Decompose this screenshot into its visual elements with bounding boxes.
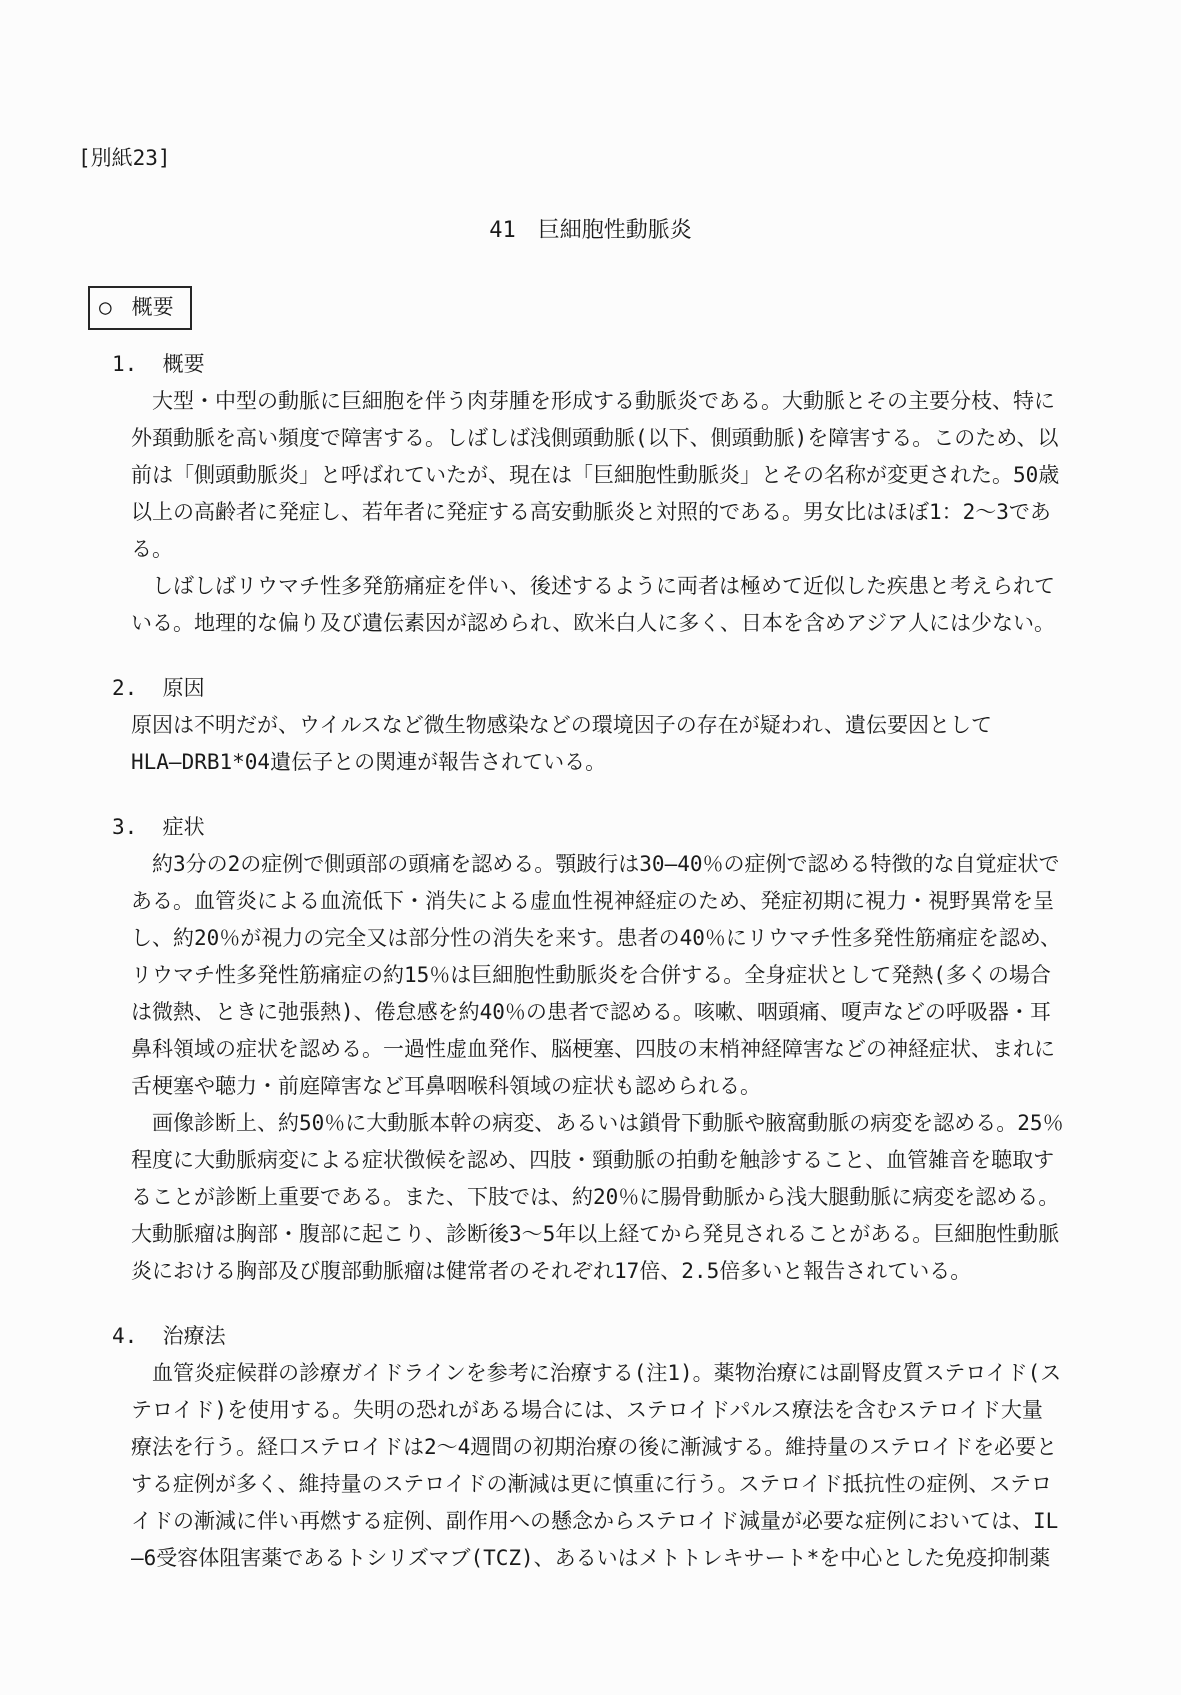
section-heading-treatment: 4. 治療法 bbox=[0, 1318, 1181, 1355]
paragraph: 約3分の2の症例で側頭部の頭痛を認める。顎跛行は30—40％の症例で認める特徴的… bbox=[0, 846, 1181, 1105]
page-title: 41 巨細胞性動脈炎 bbox=[0, 212, 1181, 249]
circle-marker-icon: ○ bbox=[99, 289, 112, 326]
section-cause: 2. 原因 原因は不明だが、ウイルスなど微生物感染などの環境因子の存在が疑われ、… bbox=[0, 670, 1181, 781]
overview-box-label: 概要 bbox=[132, 289, 174, 326]
paragraph: しばしばリウマチ性多発筋痛症を伴い、後述するように両者は極めて近似した疾患と考え… bbox=[0, 568, 1181, 642]
paragraph: 画像診断上、約50％に大動脈本幹の病変、あるいは鎖骨下動脈や腋窩動脈の病変を認め… bbox=[0, 1105, 1181, 1290]
paragraph: 原因は不明だが、ウイルスなど微生物感染などの環境因子の存在が疑われ、遺伝要因とし… bbox=[0, 707, 1181, 781]
paragraph: 大型・中型の動脈に巨細胞を伴う肉芽腫を形成する動脈炎である。大動脈とその主要分枝… bbox=[0, 383, 1181, 568]
document-body: 1. 概要 大型・中型の動脈に巨細胞を伴う肉芽腫を形成する動脈炎である。大動脈と… bbox=[0, 346, 1181, 1577]
overview-box: ○ 概要 bbox=[88, 286, 192, 330]
attachment-label: [別紙23] bbox=[78, 140, 171, 177]
section-overview: 1. 概要 大型・中型の動脈に巨細胞を伴う肉芽腫を形成する動脈炎である。大動脈と… bbox=[0, 346, 1181, 642]
section-symptoms: 3. 症状 約3分の2の症例で側頭部の頭痛を認める。顎跛行は30—40％の症例で… bbox=[0, 809, 1181, 1290]
section-heading-symptoms: 3. 症状 bbox=[0, 809, 1181, 846]
section-heading-overview: 1. 概要 bbox=[0, 346, 1181, 383]
section-treatment: 4. 治療法 血管炎症候群の診療ガイドラインを参考に治療する(注1)。薬物治療に… bbox=[0, 1318, 1181, 1577]
section-heading-cause: 2. 原因 bbox=[0, 670, 1181, 707]
document-page: [別紙23] 41 巨細胞性動脈炎 ○ 概要 1. 概要 大型・中型の動脈に巨細… bbox=[0, 0, 1181, 1695]
paragraph: 血管炎症候群の診療ガイドラインを参考に治療する(注1)。薬物治療には副腎皮質ステ… bbox=[0, 1355, 1181, 1577]
